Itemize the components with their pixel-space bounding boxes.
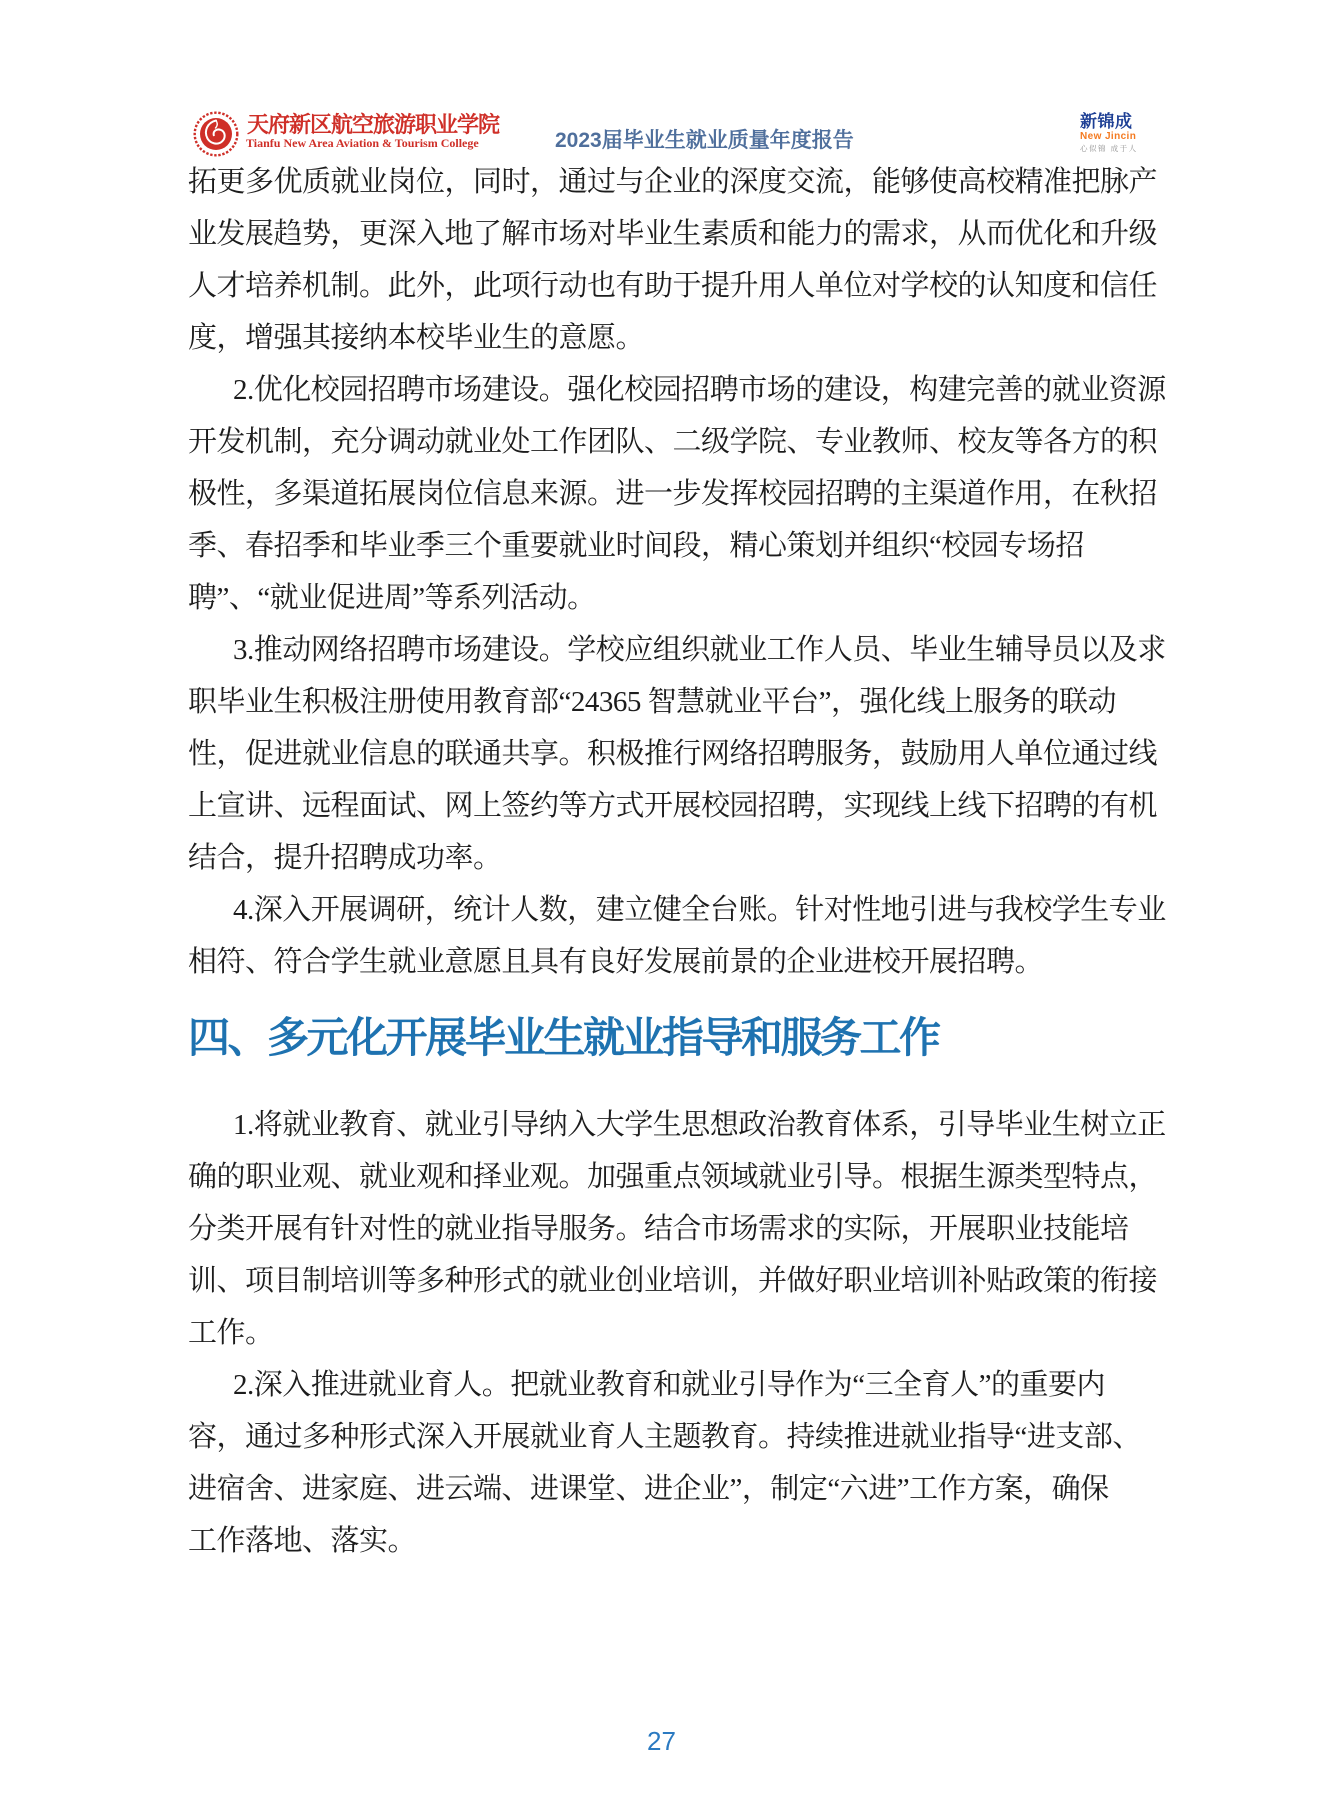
college-name-en: Tianfu New Area Aviation & Tourism Colle… — [246, 136, 506, 151]
paragraph: 1.将就业教育、就业引导纳入大学生思想政治教育体系，引导毕业生树立正 确的职业观… — [188, 1099, 1155, 1359]
body-line: 1.将就业教育、就业引导纳入大学生思想政治教育体系，引导毕业生树立正 — [188, 1099, 1155, 1151]
body-line: 结合，提升招聘成功率。 — [188, 832, 1155, 884]
college-name-cn: 天府新区航空旅游职业学院 — [247, 108, 507, 139]
body-line: 容，通过多种形式深入开展就业育人主题教育。持续推进就业指导“进支部、 — [188, 1411, 1155, 1463]
paragraph: 4.深入开展调研，统计人数，建立健全台账。针对性地引进与我校学生专业 相符、符合… — [188, 884, 1155, 988]
newjincin-name-cn: 新锦成 — [1080, 112, 1160, 131]
paragraph: 2.优化校园招聘市场建设。强化校园招聘市场的建设，构建完善的就业资源 开发机制，… — [188, 364, 1155, 624]
paragraph: 拓更多优质就业岗位，同时，通过与企业的深度交流，能够使高校精准把脉产 业发展趋势… — [188, 156, 1155, 364]
body-line: 工作落地、落实。 — [188, 1515, 1155, 1567]
newjincin-name-en: New Jincin — [1080, 131, 1160, 143]
body-line: 3.推动网络招聘市场建设。学校应组织就业工作人员、毕业生辅导员以及求 — [188, 624, 1155, 676]
body-line: 上宣讲、远程面试、网上签约等方式开展校园招聘，实现线上线下招聘的有机 — [188, 780, 1155, 832]
body-line: 聘”、“就业促进周”等系列活动。 — [188, 572, 1155, 624]
body-line: 进宿舍、进家庭、进云端、进课堂、进企业”，制定“六进”工作方案，确保 — [188, 1463, 1155, 1515]
newjincin-tagline: 心似锦 成于人 — [1080, 144, 1160, 154]
body-line: 训、项目制培训等多种形式的就业创业培训，并做好职业培训补贴政策的衔接 — [188, 1255, 1155, 1307]
body-line: 工作。 — [188, 1307, 1155, 1359]
body-line: 4.深入开展调研，统计人数，建立健全台账。针对性地引进与我校学生专业 — [188, 884, 1155, 936]
body-line: 性，促进就业信息的联通共享。积极推行网络招聘服务，鼓励用人单位通过线 — [188, 728, 1155, 780]
body-line: 开发机制，充分调动就业处工作团队、二级学院、专业教师、校友等各方的积 — [188, 416, 1155, 468]
body-line: 确的职业观、就业观和择业观。加强重点领域就业引导。根据生源类型特点， — [188, 1151, 1155, 1203]
paragraph: 3.推动网络招聘市场建设。学校应组织就业工作人员、毕业生辅导员以及求 职毕业生积… — [188, 624, 1155, 884]
document-body: 拓更多优质就业岗位，同时，通过与企业的深度交流，能够使高校精准把脉产 业发展趋势… — [188, 156, 1155, 1567]
body-line: 人才培养机制。此外，此项行动也有助于提升用人单位对学校的认知度和信任 — [188, 260, 1155, 312]
report-page: 天府新区航空旅游职业学院 Tianfu New Area Aviation & … — [0, 0, 1323, 1795]
report-title: 2023届毕业生就业质量年度报告 — [555, 124, 854, 154]
body-line: 季、春招季和毕业季三个重要就业时间段，精心策划并组织“校园专场招 — [188, 520, 1155, 572]
body-line: 度，增强其接纳本校毕业生的意愿。 — [188, 312, 1155, 364]
body-line: 2.优化校园招聘市场建设。强化校园招聘市场的建设，构建完善的就业资源 — [188, 364, 1155, 416]
body-line: 拓更多优质就业岗位，同时，通过与企业的深度交流，能够使高校精准把脉产 — [188, 156, 1155, 208]
newjincin-logo: 新锦成 New Jincin 心似锦 成于人 — [1080, 112, 1160, 154]
body-line: 相符、符合学生就业意愿且具有良好发展前景的企业进校开展招聘。 — [188, 936, 1155, 988]
body-line: 极性，多渠道拓展岗位信息来源。进一步发挥校园招聘的主渠道作用，在秋招 — [188, 468, 1155, 520]
paragraph: 2.深入推进就业育人。把就业教育和就业引导作为“三全育人”的重要内 容，通过多种… — [188, 1359, 1155, 1567]
body-line: 分类开展有针对性的就业指导服务。结合市场需求的实际，开展职业技能培 — [188, 1203, 1155, 1255]
body-line: 2.深入推进就业育人。把就业教育和就业引导作为“三全育人”的重要内 — [188, 1359, 1155, 1411]
body-line: 业发展趋势，更深入地了解市场对毕业生素质和能力的需求，从而优化和升级 — [188, 208, 1155, 260]
body-line: 职毕业生积极注册使用教育部“24365 智慧就业平台”，强化线上服务的联动 — [188, 676, 1155, 728]
phoenix-emblem-icon — [193, 111, 239, 157]
section-heading: 四、多元化开展毕业生就业指导和服务工作 — [188, 1010, 1155, 1066]
page-number: 27 — [0, 1726, 1323, 1757]
